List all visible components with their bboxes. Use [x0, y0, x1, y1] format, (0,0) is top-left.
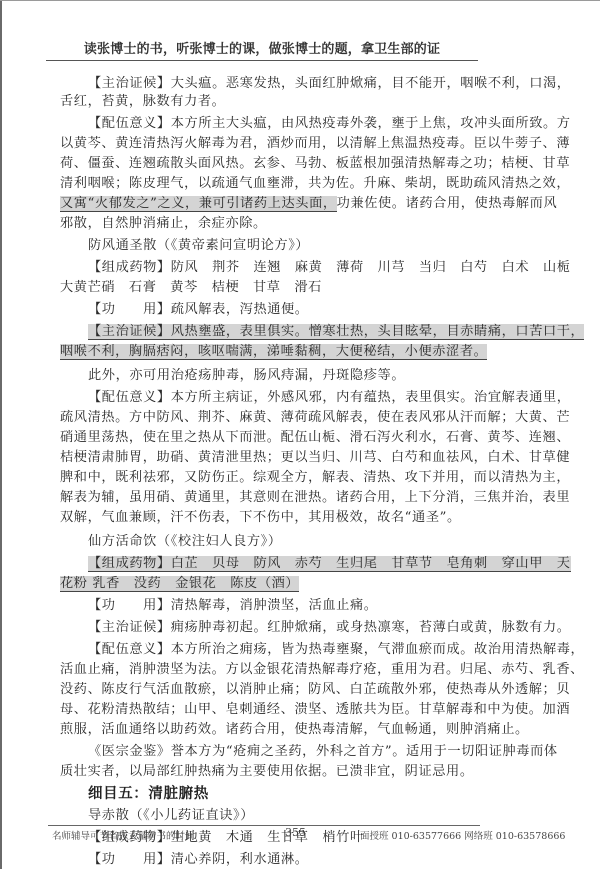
highlighted-text: 咽喉不利，胸膈痞闷，咳呕喘满，涕唾黏稠，大便秘结，小便赤涩者。 [60, 344, 487, 360]
line-text: 【功 用】疏风解表，泻热通便。 [88, 302, 309, 317]
line-text: 桔梗清肃肺胃，助硝、黄清泄里热；更以当归、川芎、白芍和血祛风，白术、甘草健 [60, 450, 570, 465]
text-line: 邪散，自然肿消痛止，余症亦除。 [60, 214, 267, 234]
line-text: 没药、陈皮行气活血散瘀，以消肿止痛；防风、白芷疏散外邪，使热毒从外透解；贝 [60, 682, 570, 697]
line-text: 舌红，苔黄，脉数有力者。 [60, 94, 225, 109]
line-text: 双解，气血兼顾，汗不伤表，下不伤中，其用极效，故名“通圣”。 [60, 510, 461, 525]
highlighted-text: 又寓“火郁发之”之义，兼可引诸药上达头面， [60, 196, 337, 212]
text-line: 解表为辅，虽用硝、黄通里，其意则在泄热。诸药合用，上下分消，三焦并治，表里 [60, 488, 570, 508]
line-text: 【功 用】清心养阴，利水通淋。 [88, 852, 309, 867]
text-line: 导赤散（《小儿药证直诀》） [88, 806, 254, 826]
line-text: 【配伍意义】本方所治之痈疡，皆为热毒壅聚，气滞血瘀而成。故治用清热解毒， [88, 642, 584, 657]
text-line: 以黄芩、黄连清热泻火解毒为君，酒炒而用，以清解上焦温热疫毒。臣以牛蒡子、薄 [60, 134, 570, 154]
highlighted-text: 【主治证候】风热壅盛，表里俱实。憎寒壮热，头目眩晕，目赤睛痛，口苦口干， [88, 324, 584, 340]
footer-rule [48, 825, 480, 826]
running-header: 读张博士的书，听张博士的课，做张博士的题，拿卫生部的证 [46, 38, 478, 57]
line-text: 【主治证候】大头瘟。恶寒发热，头面红肿焮痛，目不能开，咽喉不利，口渴， [88, 76, 571, 91]
line-text: 【功 用】清热解毒，消肿溃坚，活血止痛。 [88, 598, 378, 613]
line-text: 功兼佐使。诸药合用，使热毒解而风 [337, 196, 558, 211]
text-line: 大黄芒硝 石膏 黄芩 桔梗 甘草 滑石 [60, 278, 322, 298]
footer-slogan: 名师辅导可节省您大量看书的时间 [52, 828, 195, 842]
text-line: 仙方活命饮（《校注妇人良方》） [88, 532, 282, 552]
text-line: 防风通圣散（《黄帝素问宣明论方》） [88, 236, 309, 256]
line-text: 防风通圣散（《黄帝素问宣明论方》） [88, 238, 309, 253]
text-line: 舌红，苔黄，脉数有力者。 [60, 92, 225, 112]
text-line: 【功 用】清热解毒，消肿溃坚，活血止痛。 [88, 596, 378, 616]
line-text: 清利咽喉；陈皮理气，以疏通气血壅滞，共为佐。升麻、柴胡，既助疏风清热之效， [60, 176, 570, 191]
text-line: 【功 用】清心养阴，利水通淋。 [88, 850, 309, 869]
text-line: 活血止痛，消肿溃坚为法。方以金银花清热解毒疗疮，重用为君。归尾、赤芍、乳香、 [60, 660, 584, 680]
line-text: 【主治证候】痈疡肿毒初起。红肿焮痛，或身热凛寒，苔薄白或黄，脉数有力。 [88, 620, 571, 635]
text-line: 【功 用】疏风解表，泻热通便。 [88, 300, 309, 320]
line-text: 仙方活命饮（《校注妇人良方》） [88, 534, 282, 549]
text-line: 煎服，活血通络以助药效。诸药合用，使热毒清解，气血畅通，则肿消痛止。 [60, 720, 529, 740]
line-text: 硝通里荡热，使在里之热从下而泄。配伍山栀、滑石泻火利水，石膏、黄芩、连翘、 [60, 430, 570, 445]
text-line: 桔梗清肃肺胃，助硝、黄清泄里热；更以当归、川芎、白芍和血祛风，白术、甘草健 [60, 448, 570, 468]
text-line: 【配伍意义】本方所主大头瘟，由风热疫毒外袭，壅于上焦，攻冲头面所致。方 [88, 114, 571, 134]
line-text: 【配伍意义】本方所主病证，外感风邪，内有蕴热，表里俱实。治宜解表通里， [88, 390, 571, 405]
text-line: 母、花粉清热散结；山甲、皂刺通经、溃坚、透脓共为臣。甘草解毒和中为使。加酒 [60, 700, 570, 720]
line-text: 母、花粉清热散结；山甲、皂刺通经、溃坚、透脓共为臣。甘草解毒和中为使。加酒 [60, 702, 570, 717]
text-line: 质壮实者，以局部红肿热痛为主要使用依据。已溃非宜，阴证忌用。 [60, 762, 474, 782]
line-text: 解表为辅，虽用硝、黄通里，其意则在泄热。诸药合用，上下分消，三焦并治，表里 [60, 490, 570, 505]
text-line: 咽喉不利，胸膈痞闷，咳呕喘满，涕唾黏稠，大便秘结，小便赤涩者。 [60, 342, 487, 362]
line-text: 活血止痛，消肿溃坚为法。方以金银花清热解毒疗疮，重用为君。归尾、赤芍、乳香、 [60, 662, 584, 677]
text-line: 双解，气血兼顾，汗不伤表，下不伤中，其用极效，故名“通圣”。 [60, 508, 461, 528]
text-line: 脾和中，既利祛邪，又防伤正。综观全方，解表、清热、攻下并用，而以清热为主， [60, 468, 570, 488]
line-text: 以黄芩、黄连清热泻火解毒为君，酒炒而用，以清解上焦温热疫毒。臣以牛蒡子、薄 [60, 136, 570, 151]
text-line: 【主治证候】风热壅盛，表里俱实。憎寒壮热，头目眩晕，目赤睛痛，口苦口干， [88, 322, 584, 342]
page-edge-top [0, 0, 600, 1]
text-line: 荷、僵蚕、连翘疏散头面风热。玄参、马勃、板蓝根加强清热解毒之功；桔梗、甘草 [60, 154, 570, 174]
line-text: 荷、僵蚕、连翘疏散头面风热。玄参、马勃、板蓝根加强清热解毒之功；桔梗、甘草 [60, 156, 570, 171]
text-line: 清利咽喉；陈皮理气，以疏通气血壅滞，共为佐。升麻、柴胡，既助疏风清热之效， [60, 174, 570, 194]
text-line: 【组成药物】白芷 贝母 防风 赤芍 生归尾 甘草节 皂角刺 穿山甲 天 [88, 554, 571, 574]
section-heading-text: 细目五：清脏腑热 [88, 786, 209, 802]
line-text: 疏风清热。方中防风、荆芥、麻黄、薄荷疏风解表，使在表风邪从汗而解；大黄、芒 [60, 410, 570, 425]
line-text: 《医宗金鉴》誉本方为“疮痈之圣药，外科之首方”。适用于一切阳证肿毒而体 [88, 744, 558, 759]
line-text: 煎服，活血通络以助药效。诸药合用，使热毒清解，气血畅通，则肿消痛止。 [60, 722, 529, 737]
text-line: 又寓“火郁发之”之义，兼可引诸药上达头面，功兼佐使。诸药合用，使热毒解而风 [60, 194, 557, 214]
text-line: 【主治证候】痈疡肿毒初起。红肿焮痛，或身热凛寒，苔薄白或黄，脉数有力。 [88, 618, 571, 638]
line-text: 大黄芒硝 石膏 黄芩 桔梗 甘草 滑石 [60, 280, 322, 295]
line-text: 此外，亦可用治疮疡肿毒，肠风痔漏，丹斑隐疹等。 [88, 368, 405, 383]
text-line: 【主治证候】大头瘟。恶寒发热，头面红肿焮痛，目不能开，咽喉不利，口渴， [88, 74, 571, 94]
section-heading: 细目五：清脏腑热 [88, 784, 209, 804]
line-text: 导赤散（《小儿药证直诀》） [88, 808, 254, 823]
line-text: 质壮实者，以局部红肿热痛为主要使用依据。已溃非宜，阴证忌用。 [60, 764, 474, 779]
page-number: 355 [285, 826, 306, 839]
text-line: 没药、陈皮行气活血散瘀，以消肿止痛；防风、白芷疏散外邪，使热毒从外透解；贝 [60, 680, 570, 700]
text-line: 《医宗金鉴》誉本方为“疮痈之圣药，外科之首方”。适用于一切阳证肿毒而体 [88, 742, 558, 762]
text-line: 硝通里荡热，使在里之热从下而泄。配伍山栀、滑石泻火利水，石膏、黄芩、连翘、 [60, 428, 570, 448]
line-text: 邪散，自然肿消痛止，余症亦除。 [60, 216, 267, 231]
text-line: 花粉 乳香 没药 金银花 陈皮（酒） [60, 574, 299, 594]
text-line: 【配伍意义】本方所主病证，外感风邪，内有蕴热，表里俱实。治宜解表通里， [88, 388, 571, 408]
line-text: 【组成药物】防风 荆芥 连翘 麻黄 薄荷 川芎 当归 白芍 白术 山栀 [88, 260, 571, 275]
text-line: 【配伍意义】本方所治之痈疡，皆为热毒壅聚，气滞血瘀而成。故治用清热解毒， [88, 640, 584, 660]
highlighted-text: 【组成药物】白芷 贝母 防风 赤芍 生归尾 甘草节 皂角刺 穿山甲 天 [88, 556, 571, 572]
line-text: 脾和中，既利祛邪，又防伤正。综观全方，解表、清热、攻下并用，而以清热为主， [60, 470, 570, 485]
page-edge [0, 0, 2, 869]
text-line: 疏风清热。方中防风、荆芥、麻黄、薄荷疏风解表，使在表风邪从汗而解；大黄、芒 [60, 408, 570, 428]
footer-contact: 面授班 010-63577666 网络班 010-63578666 [360, 828, 565, 842]
text-line: 【组成药物】防风 荆芥 连翘 麻黄 薄荷 川芎 当归 白芍 白术 山栀 [88, 258, 571, 278]
header-rule [46, 60, 478, 61]
highlighted-text: 花粉 乳香 没药 金银花 陈皮（酒） [60, 576, 299, 592]
text-line: 此外，亦可用治疮疡肿毒，肠风痔漏，丹斑隐疹等。 [88, 366, 405, 386]
line-text: 【配伍意义】本方所主大头瘟，由风热疫毒外袭，壅于上焦，攻冲头面所致。方 [88, 116, 571, 131]
